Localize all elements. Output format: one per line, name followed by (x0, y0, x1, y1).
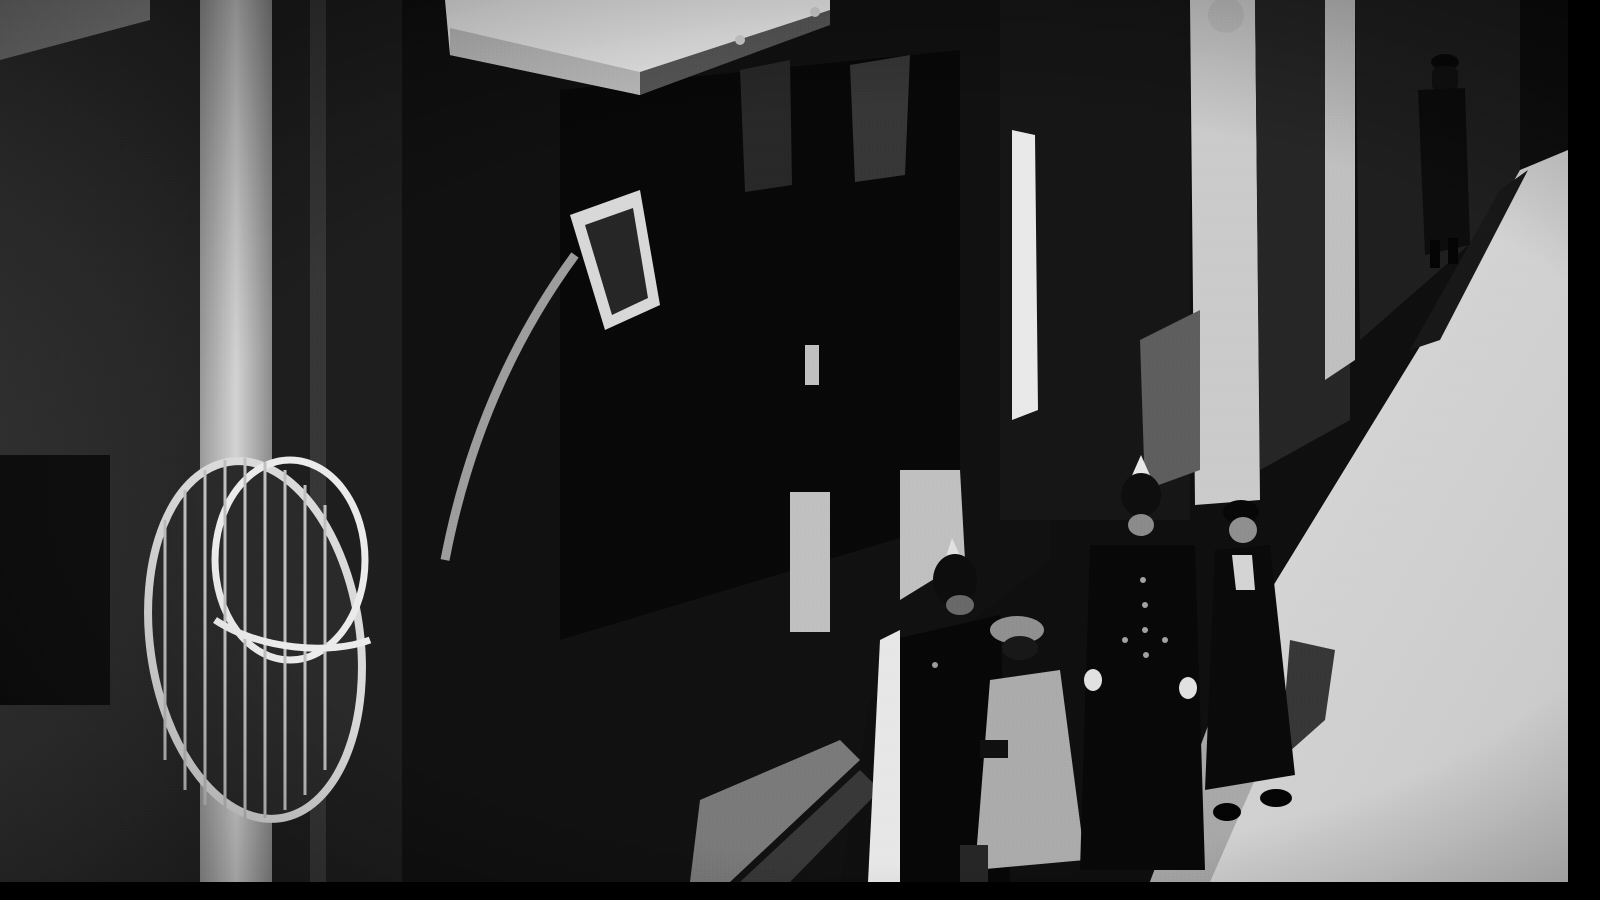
photo-scene (0, 0, 1568, 882)
historical-photograph: Two helmeted police officers walking alo… (0, 0, 1568, 882)
man-bowler (1205, 500, 1295, 821)
